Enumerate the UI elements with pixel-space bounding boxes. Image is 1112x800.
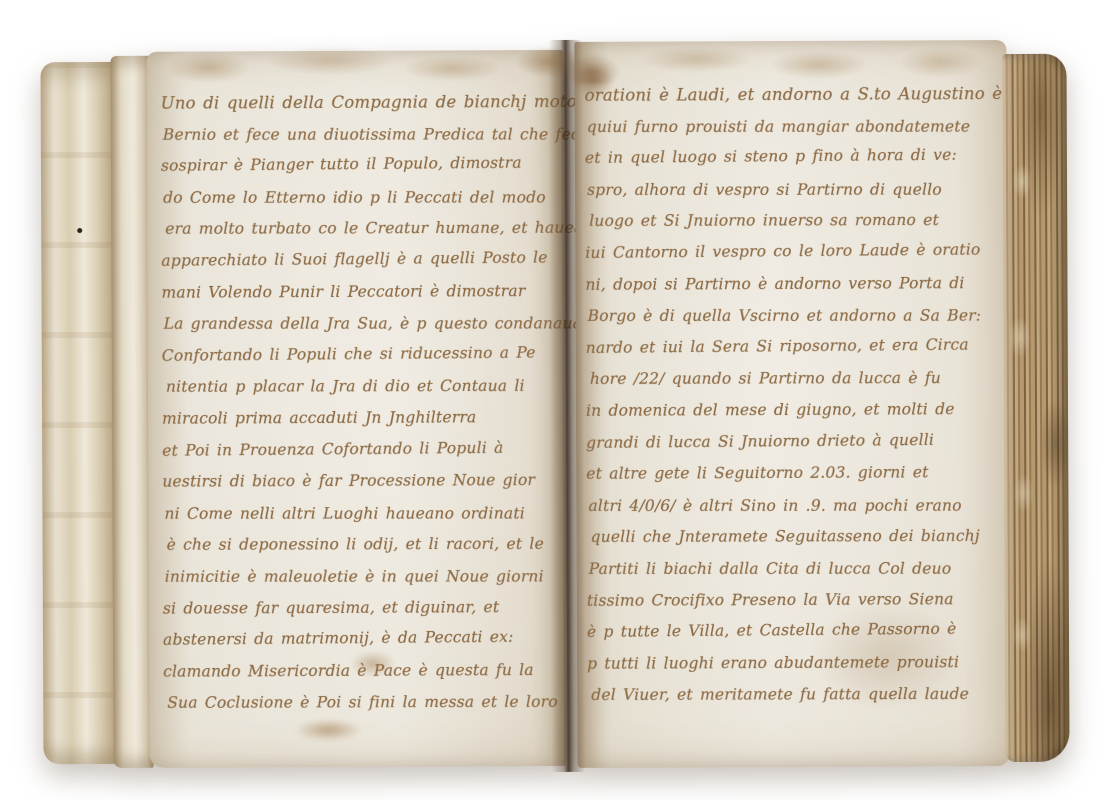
manuscript-line: uestirsi di biaco è far Processione Noue… [162, 465, 560, 498]
manuscript-line: ni, dopoi si Partirno è andorno verso Po… [585, 268, 1005, 301]
manuscript-line: hore /22/ quando si Partirno da lucca è … [590, 363, 1010, 396]
manuscript-line: mani Volendo Punir li Peccatori è dimost… [161, 276, 559, 309]
manuscript-line: orationi è Laudi, et andorno a S.to Augu… [585, 78, 1005, 111]
manuscript-line: et in quel luogo si steno p fino à hora … [585, 139, 1005, 174]
manuscript-line: spro, alhora di vespro si Partirno di qu… [587, 174, 1007, 206]
vellum-spine-cover [40, 62, 117, 764]
manuscript-line: iui Cantorno il vespro co le loro Laude … [585, 234, 1005, 269]
manuscript-line: clamando Misericordia è Pace è questa fu… [163, 655, 561, 688]
manuscript-line: abstenersi da matrimonij, è da Peccati e… [163, 621, 561, 656]
manuscript-line: Sua Coclusione è Poi si fini la messa et… [167, 687, 565, 720]
page-left: Uno di quelli della Compagnia de bianchj… [146, 50, 565, 768]
book-gutter [548, 40, 585, 772]
manuscript-book: Uno di quelli della Compagnia de bianchj… [40, 38, 1069, 774]
manuscript-line: et Poi in Prouenza Cofortando li Populi … [162, 432, 560, 467]
manuscript-line: del Viuer, et meritamete fu fatta quella… [591, 679, 1011, 712]
page-right-text: orationi è Laudi, et andorno a S.to Augu… [585, 78, 1008, 712]
manuscript-line: Uno di quelli della Compagnia de bianchj… [161, 86, 559, 119]
manuscript-line: et altre gete li Seguitorno 2.03. giorni… [586, 457, 1006, 490]
fore-edge-page-stack [1002, 54, 1069, 762]
manuscript-line: altri 4/0/6/ è altri Sino in .9. ma poch… [588, 490, 1008, 522]
manuscript-line: tissimo Crocifixo Preseno la Via verso S… [587, 584, 1007, 617]
manuscript-line: do Come lo Etterno idio p li Peccati del… [163, 182, 561, 214]
manuscript-line: Bernio et fece una diuotissima Predica t… [163, 119, 561, 151]
manuscript-line: nitentia p placar la Jra di dio et Conta… [166, 371, 564, 404]
manuscript-line: apparechiato li Suoi flagellj è a quelli… [161, 242, 559, 277]
manuscript-line: è p tutte le Villa, et Castella che Pass… [587, 613, 1007, 648]
page-left-text: Uno di quelli della Compagnia de bianchj… [161, 86, 562, 720]
manuscript-line: Partiti li biachi dalla Cita di lucca Co… [589, 553, 1009, 585]
manuscript-line: La grandessa della Jra Sua, è p questo c… [164, 309, 562, 341]
manuscript-line: p tutti li luoghi erano abudantemete pro… [587, 647, 1007, 680]
manuscript-line: quelli che Jnteramete Seguitasseno dei b… [591, 521, 1011, 554]
page-right: orationi è Laudi, et andorno a S.to Augu… [574, 40, 1009, 768]
fore-edge-texture [1002, 54, 1069, 762]
manuscript-line: Confortando li Populi che si riducessino… [162, 337, 560, 372]
manuscript-line: grandi di lucca Si Jnuiorno drieto à que… [586, 424, 1006, 459]
manuscript-line: quiui furno prouisti da mangiar abondate… [587, 111, 1007, 143]
manuscript-line: in domenica del mese di giugno, et molti… [586, 394, 1006, 427]
manuscript-line: miracoli prima accaduti Jn Jnghilterra [162, 402, 560, 435]
manuscript-line: Borgo è di quella Vscirno et andorno a S… [588, 301, 1008, 333]
manuscript-line: ni Come nelli altri Luoghi haueano ordin… [164, 498, 562, 530]
manuscript-line: inimicitie è maleuoletie è in quei Noue … [165, 561, 563, 593]
photograph-background: Uno di quelli della Compagnia de bianchj… [0, 0, 1112, 800]
manuscript-line: sospirar è Pianger tutto il Populo, dimo… [161, 147, 559, 182]
manuscript-line: si douesse far quaresima, et diguinar, e… [163, 591, 561, 624]
manuscript-line: nardo et iui la Sera Si riposorno, et er… [586, 329, 1006, 364]
manuscript-line: era molto turbato co le Creatur humane, … [165, 213, 563, 246]
manuscript-line: luogo et Si Jnuiorno inuerso sa romano e… [589, 205, 1009, 238]
manuscript-line: è che si deponessino li odij, et li raco… [167, 529, 565, 562]
